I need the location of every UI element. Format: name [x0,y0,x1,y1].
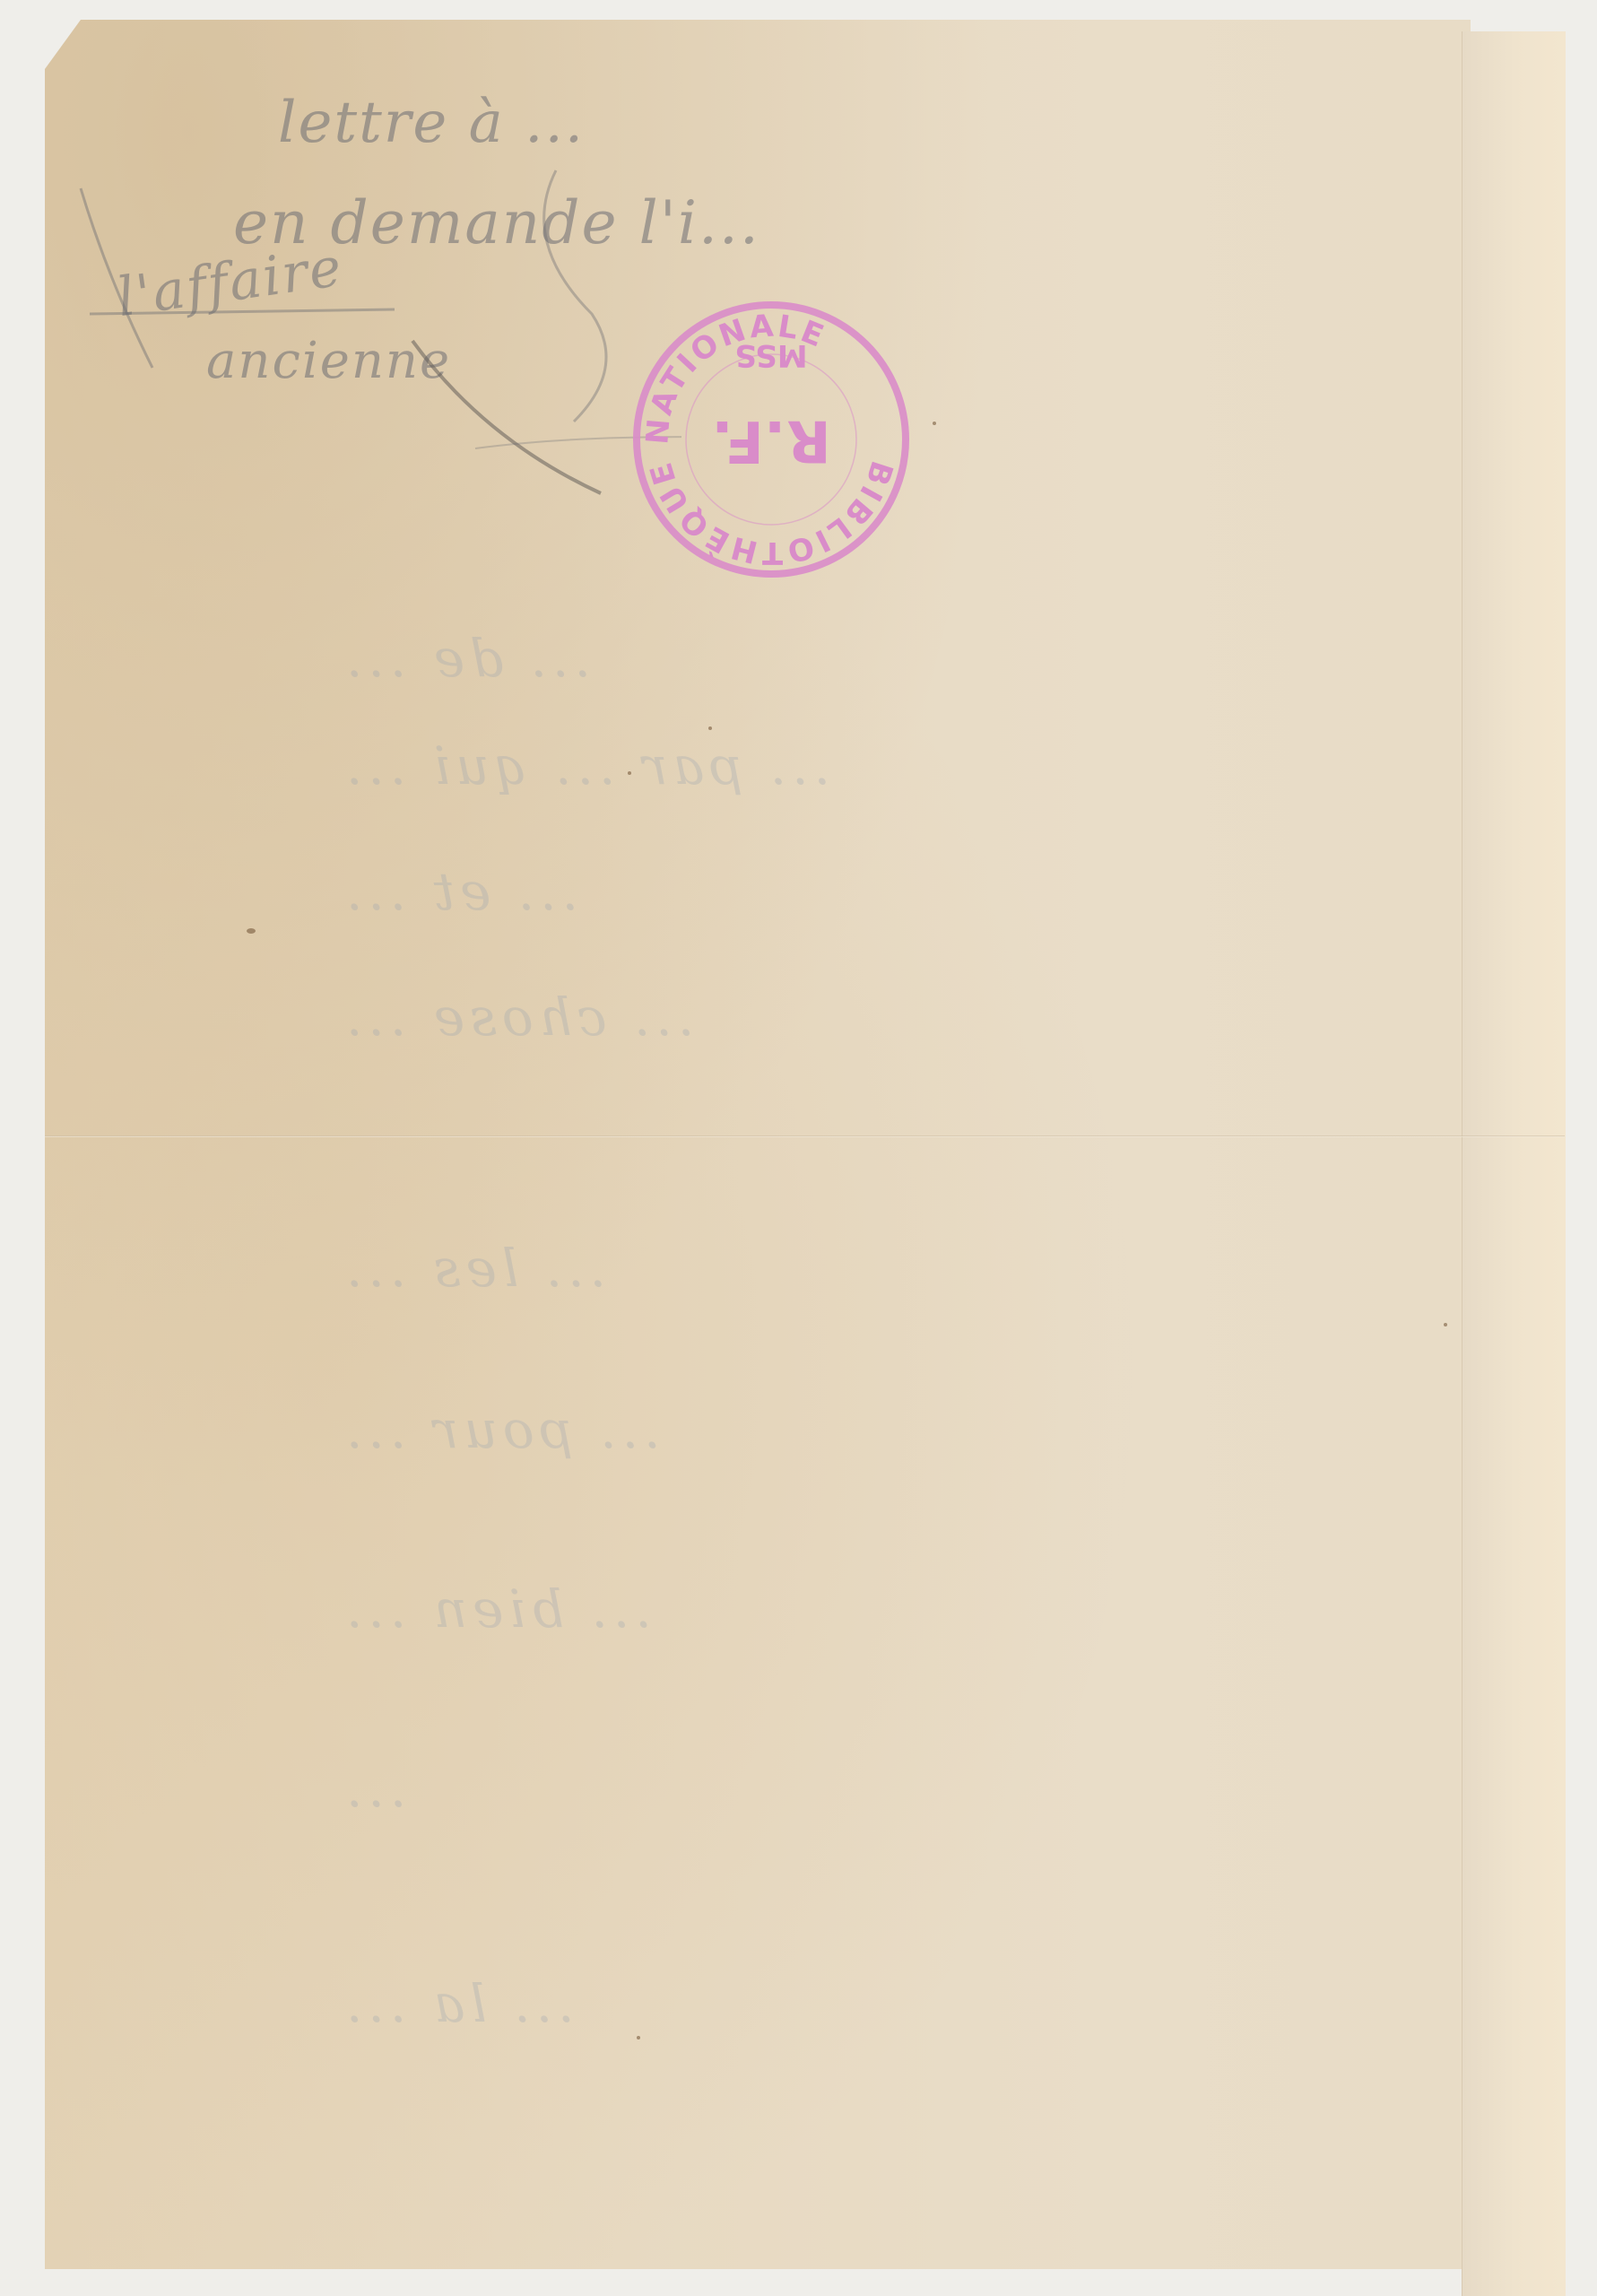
paper-speck [708,726,712,730]
stamp-bottom-text: MSS [734,337,807,373]
paper-speck [637,2036,640,2039]
bleed-through-line: ... pour ... [341,1399,661,1460]
paper-speck [628,771,631,775]
bleed-through-line: ... [341,1758,406,1819]
bleed-through-line: ... les ... [341,1238,606,1299]
bleed-through-line: ... chose ... [341,987,694,1048]
stamp-center-text: R.F. [711,407,830,474]
fold-line [45,1135,1565,1137]
library-stamp: BIBLIOTHÈQUE NATIONALE R.F. MSS [628,296,915,583]
bleed-through-line: ... bien ... [341,1578,652,1639]
pencil-strike-line [54,135,681,511]
bleed-through-line: ... de ... [341,628,591,689]
paper-speck [1444,1323,1447,1326]
bleed-through-line: ... la ... [341,1973,575,2034]
paper-speck [247,928,256,934]
bleed-through-line: ... par ... qui ... [341,735,830,796]
bleed-through-line: ... et ... [341,861,578,922]
paper-speck [933,422,936,425]
adjacent-page-edge [1462,31,1566,2296]
